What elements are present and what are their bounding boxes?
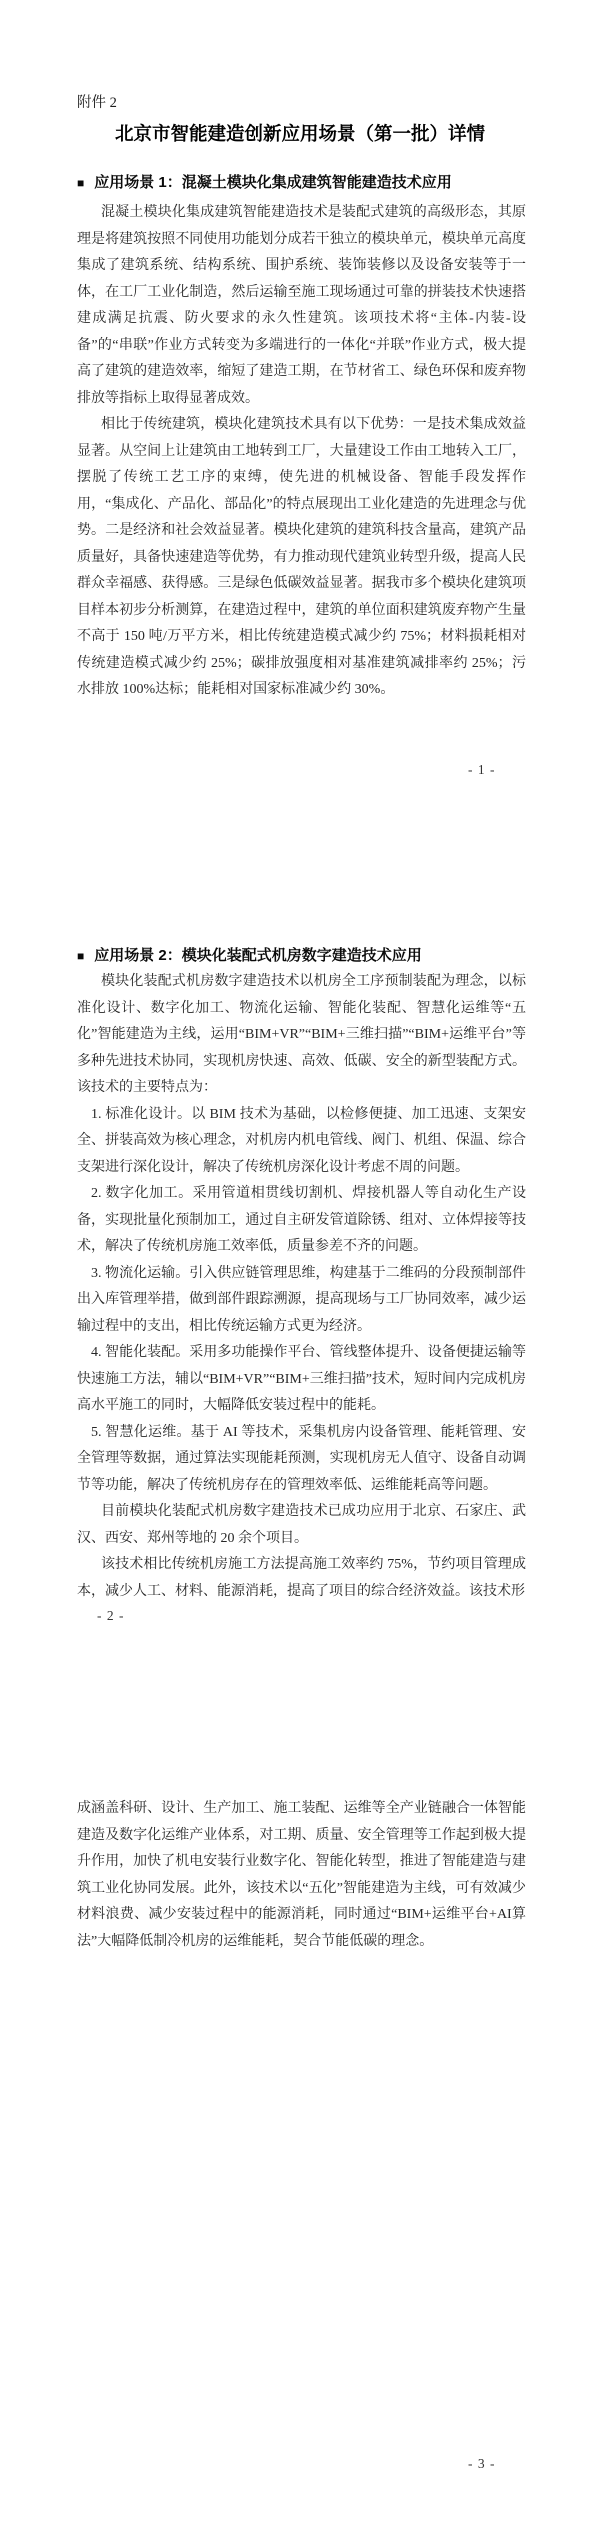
numbered-item-5: 5. 智慧化运维。基于 AI 等技术，采集机房内设备管理、能耗管理、安全管理等数… xyxy=(77,1420,526,1500)
paragraph: 相比于传统建筑，模块化建筑技术具有以下优势：一是技术集成效益显著。从空间上让建筑… xyxy=(77,412,526,704)
numbered-item-4: 4. 智能化装配。采用多功能操作平台、管线整体提升、设备便捷运输等快速施工方法，… xyxy=(77,1340,526,1420)
section-heading-2: ■ 应用场景 2：模块化装配式机房数字建造技术应用 xyxy=(77,946,537,966)
document-title: 北京市智能建造创新应用场景（第一批）详情 xyxy=(0,124,600,146)
page-number: - 3 - xyxy=(468,2456,496,2472)
section-heading-2-label: 应用场景 2：模块化装配式机房数字建造技术应用 xyxy=(94,946,422,966)
paragraph-continuation: 成涵盖科研、设计、生产加工、施工装配、运维等全产业链融合一体智能建造及数字化运维… xyxy=(77,1796,526,1955)
square-bullet-icon: ■ xyxy=(77,946,84,966)
numbered-item-2: 2. 数字化加工。采用管道相贯线切割机、焊接机器人等自动化生产设备，实现批量化预… xyxy=(77,1181,526,1261)
document-canvas: 附件 2 北京市智能建造创新应用场景（第一批）详情 ■ 应用场景 1：混凝土模块… xyxy=(0,0,600,2544)
page-2-body: 模块化装配式机房数字建造技术以机房全工序预制装配为理念，以标准化设计、数字化加工… xyxy=(77,969,526,1605)
paragraph: 模块化装配式机房数字建造技术以机房全工序预制装配为理念，以标准化设计、数字化加工… xyxy=(77,969,526,1102)
page-number: - 1 - xyxy=(468,762,496,778)
numbered-item-1: 1. 标准化设计。以 BIM 技术为基础，以检修便捷、加工迅速、支架安全、拼装高… xyxy=(77,1102,526,1182)
page-3-body: 成涵盖科研、设计、生产加工、施工装配、运维等全产业链融合一体智能建造及数字化运维… xyxy=(77,1796,526,1955)
page-1-body: 混凝土模块化集成建筑智能建造技术是装配式建筑的高级形态，其原理是将建筑按照不同使… xyxy=(77,200,526,704)
attachment-label: 附件 2 xyxy=(77,94,117,112)
section-heading-1-label: 应用场景 1：混凝土模块化集成建筑智能建造技术应用 xyxy=(94,173,452,193)
square-bullet-icon: ■ xyxy=(77,173,84,193)
paragraph: 混凝土模块化集成建筑智能建造技术是装配式建筑的高级形态，其原理是将建筑按照不同使… xyxy=(77,200,526,412)
page-number: - 2 - xyxy=(97,1608,125,1624)
paragraph: 目前模块化装配式机房数字建造技术已成功应用于北京、石家庄、武汉、西安、郑州等地的… xyxy=(77,1499,526,1552)
paragraph: 该技术相比传统机房施工方法提高施工效率约 75%，节约项目管理成本，减少人工、材… xyxy=(77,1552,526,1605)
section-heading-1: ■ 应用场景 1：混凝土模块化集成建筑智能建造技术应用 xyxy=(77,173,537,193)
numbered-item-3: 3. 物流化运输。引入供应链管理思维，构建基于二维码的分段预制部件出入库管理举措… xyxy=(77,1261,526,1341)
